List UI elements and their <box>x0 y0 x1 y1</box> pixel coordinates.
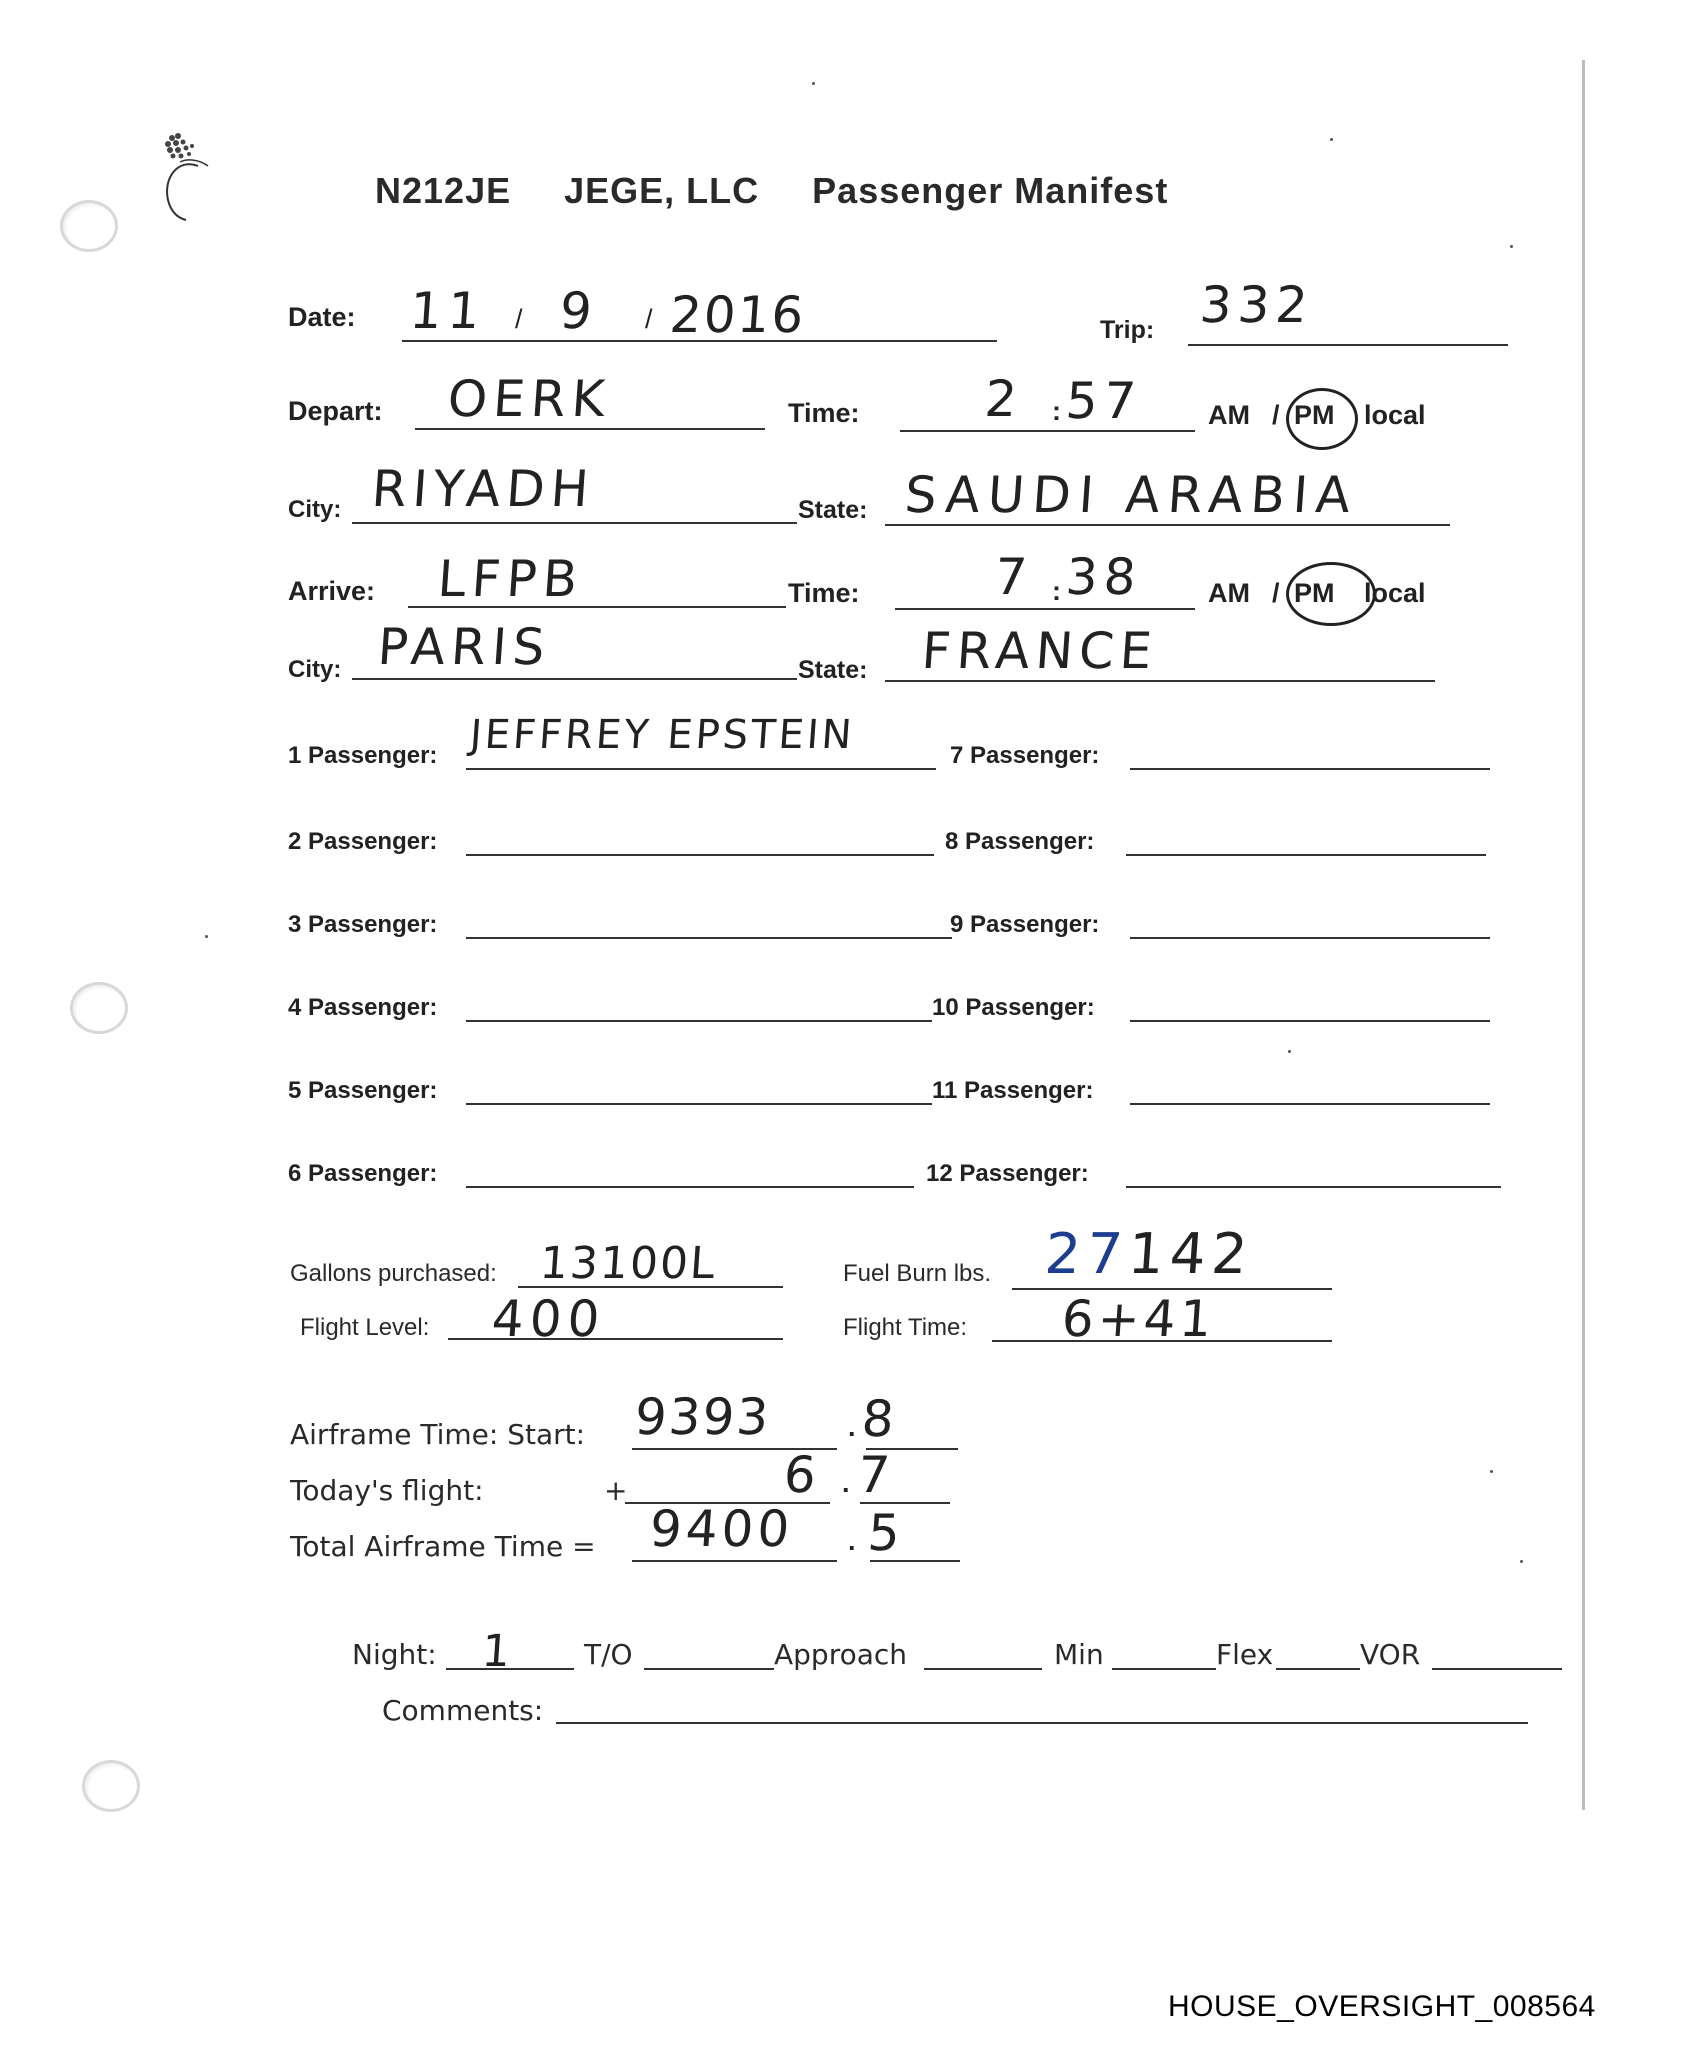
passenger-label: 1 Passenger: <box>288 742 437 770</box>
passenger-line[interactable] <box>1126 1186 1501 1188</box>
scan-speck <box>205 935 208 938</box>
flight-time-value[interactable]: 6+41 <box>1060 1290 1217 1348</box>
arrive-airport[interactable]: LFPB <box>436 550 585 608</box>
depart-local: local <box>1364 400 1426 431</box>
tail-number: N212JE <box>375 170 511 211</box>
passenger-label: 11 Passenger: <box>932 1077 1093 1105</box>
fuel-burn-label: Fuel Burn lbs. <box>843 1260 991 1288</box>
pm-selected-circle[interactable] <box>1286 388 1358 450</box>
bates-number: HOUSE_OVERSIGHT_008564 <box>1168 1990 1596 2024</box>
arrive-am: AM <box>1208 578 1250 609</box>
comments-label: Comments: <box>382 1694 543 1727</box>
depart-state[interactable]: SAUDI ARABIA <box>903 466 1360 524</box>
date-separator: / <box>515 304 523 335</box>
form-header: N212JE JEGE, LLC Passenger Manifest <box>375 170 1168 212</box>
binder-hole <box>82 1760 140 1812</box>
to-label: T/O <box>584 1638 633 1671</box>
pm-selected-circle[interactable] <box>1286 562 1376 626</box>
night-label: Night: <box>352 1638 437 1671</box>
depart-state-line <box>885 524 1450 526</box>
passenger-line[interactable] <box>1126 854 1486 856</box>
airframe-start-whole[interactable]: 9393 <box>633 1388 772 1446</box>
flex-line <box>1276 1668 1360 1670</box>
page-edge <box>1582 60 1585 1810</box>
passenger-name[interactable]: JEFFREY EPSTEIN <box>468 712 856 758</box>
airframe-start-decimal[interactable]: 8 <box>860 1390 902 1448</box>
decimal-point: . <box>848 1526 856 1557</box>
depart-city-label: City: <box>288 496 341 524</box>
scan-speck <box>1510 245 1513 248</box>
passenger-label: 5 Passenger: <box>288 1077 437 1105</box>
passenger-line[interactable] <box>1130 768 1490 770</box>
comments-line[interactable] <box>556 1722 1528 1724</box>
todays-flight-whole[interactable]: 6 <box>782 1446 824 1504</box>
night-value[interactable]: 1 <box>480 1626 518 1677</box>
depart-airport[interactable]: OERK <box>446 370 613 428</box>
arrive-label: Arrive: <box>288 576 375 607</box>
min-label: Min <box>1054 1638 1104 1671</box>
arrive-minute[interactable]: 38 <box>1064 548 1144 606</box>
passenger-label: 6 Passenger: <box>288 1160 437 1188</box>
depart-line <box>415 428 765 430</box>
company-name: JEGE, LLC <box>564 170 759 211</box>
date-year[interactable]: 2016 <box>668 286 807 344</box>
depart-hour[interactable]: 2 <box>983 370 1025 428</box>
min-line <box>1112 1668 1216 1670</box>
passenger-label: 8 Passenger: <box>945 828 1094 856</box>
vor-line <box>1432 1668 1562 1670</box>
scan-speck <box>1330 138 1333 141</box>
gallons-value[interactable]: 13100L <box>538 1238 718 1289</box>
depart-am: AM <box>1208 400 1250 431</box>
binder-hole <box>70 982 128 1034</box>
passenger-label: 7 Passenger: <box>950 742 1099 770</box>
depart-label: Depart: <box>288 396 383 427</box>
depart-time-label: Time: <box>788 398 860 429</box>
ampm-slash: / <box>1272 578 1280 609</box>
passenger-line[interactable] <box>1130 1020 1490 1022</box>
depart-city[interactable]: RIYADH <box>370 460 597 518</box>
trip-line <box>1188 344 1508 346</box>
arrive-time-line <box>895 608 1195 610</box>
total-airframe-label: Total Airframe Time = <box>290 1530 596 1563</box>
scan-speck <box>812 82 815 85</box>
passenger-label: 2 Passenger: <box>288 828 437 856</box>
arrive-city[interactable]: PARIS <box>376 618 552 676</box>
scan-speck <box>1520 1560 1523 1563</box>
passenger-label: 10 Passenger: <box>932 994 1095 1022</box>
company-logo-icon <box>158 128 228 228</box>
fuel-burn-value[interactable]: 27142 <box>1043 1222 1256 1287</box>
fuel-burn-blue-ink: 27 <box>1043 1222 1131 1287</box>
passenger-line[interactable] <box>466 937 952 939</box>
to-line <box>644 1668 774 1670</box>
flight-level-value[interactable]: 400 <box>490 1290 607 1348</box>
depart-time-line <box>900 430 1195 432</box>
total-airframe-line <box>632 1560 837 1562</box>
date-label: Date: <box>288 302 356 333</box>
flight-level-label: Flight Level: <box>300 1314 429 1342</box>
plus-sign: + <box>604 1474 627 1507</box>
binder-hole <box>60 200 118 252</box>
arrive-state-label: State: <box>798 656 867 685</box>
date-day[interactable]: 9 <box>558 282 600 340</box>
passenger-label: 4 Passenger: <box>288 994 437 1022</box>
passenger-line[interactable] <box>466 768 936 770</box>
approach-line <box>924 1668 1042 1670</box>
depart-minute[interactable]: 57 <box>1064 372 1144 430</box>
form-title: Passenger Manifest <box>812 170 1168 211</box>
todays-flight-label: Today's flight: <box>290 1474 484 1507</box>
todays-flight-decimal[interactable]: 7 <box>856 1446 898 1504</box>
total-airframe-decimal[interactable]: 5 <box>866 1504 908 1562</box>
arrive-state-line <box>885 680 1435 682</box>
approach-label: Approach <box>774 1638 907 1671</box>
passenger-label: 12 Passenger: <box>926 1160 1089 1188</box>
date-month[interactable]: 11 <box>408 282 488 340</box>
arrive-local: local <box>1364 578 1426 609</box>
arrive-city-line <box>352 678 797 680</box>
arrive-city-label: City: <box>288 656 341 684</box>
passenger-line[interactable] <box>466 854 934 856</box>
scan-speck <box>1288 1050 1291 1053</box>
passenger-line[interactable] <box>466 1103 932 1105</box>
flex-label: Flex <box>1216 1638 1273 1671</box>
passenger-label: 9 Passenger: <box>950 911 1099 939</box>
passenger-line[interactable] <box>466 1020 932 1022</box>
scan-speck <box>1490 1470 1493 1473</box>
passenger-line[interactable] <box>1130 937 1490 939</box>
passenger-line[interactable] <box>466 1186 914 1188</box>
arrive-state[interactable]: FRANCE <box>920 622 1160 680</box>
date-separator: / <box>645 304 653 335</box>
decimal-point: . <box>848 1412 856 1443</box>
passenger-line[interactable] <box>1130 1103 1490 1105</box>
arrive-time-sep: : <box>1052 576 1061 607</box>
passenger-label: 3 Passenger: <box>288 911 437 939</box>
flight-time-label: Flight Time: <box>843 1314 967 1342</box>
gallons-label: Gallons purchased: <box>290 1260 497 1288</box>
airframe-start-label: Airframe Time: Start: <box>290 1418 585 1451</box>
total-airframe-whole[interactable]: 9400 <box>648 1500 795 1558</box>
arrive-time-label: Time: <box>788 578 860 609</box>
vor-label: VOR <box>1360 1638 1420 1671</box>
trip-label: Trip: <box>1100 316 1154 345</box>
decimal-point: . <box>842 1468 850 1499</box>
depart-city-line <box>352 522 797 524</box>
ampm-slash: / <box>1272 400 1280 431</box>
depart-state-label: State: <box>798 496 867 525</box>
arrive-hour[interactable]: 7 <box>993 548 1035 606</box>
depart-time-sep: : <box>1052 396 1061 427</box>
trip-number[interactable]: 332 <box>1198 276 1315 334</box>
